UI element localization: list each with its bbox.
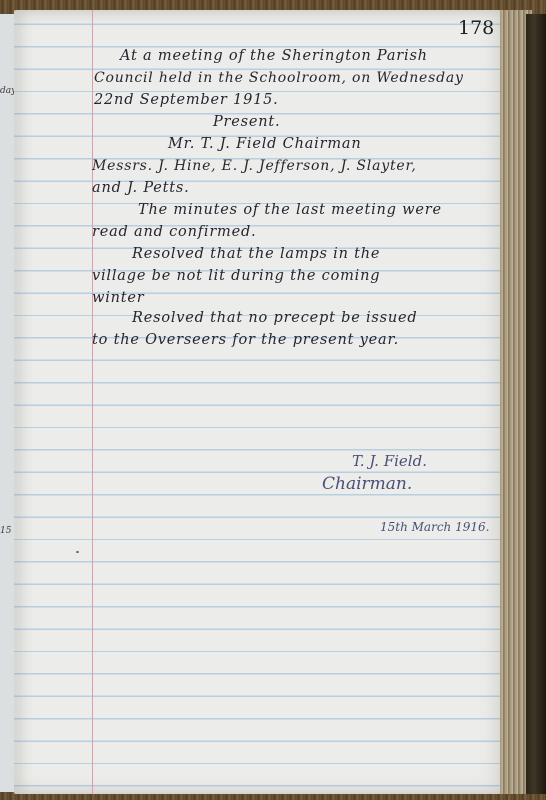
resolution-text: to the Overseers for the present year. [92, 332, 399, 348]
minutes-paragraph: The minutes of the last meeting were [138, 202, 442, 218]
minutes-line: At a meeting of the Sherington Parish [120, 48, 428, 64]
minutes-line: Council held in the Schoolroom, on Wedne… [94, 70, 464, 86]
minutes-line: 22nd September 1915. [94, 92, 279, 108]
resolution-text: village be not lit during the coming [92, 268, 380, 284]
members-line: and J. Petts. [92, 180, 190, 196]
resolution-text: winter [92, 290, 145, 306]
chairman-line: Mr. T. J. Field Chairman [168, 136, 361, 152]
signature-title: Chairman. [322, 474, 412, 494]
resolution-text: Resolved that the lamps in the [132, 246, 380, 262]
left-page-fragment: 15 [0, 526, 11, 536]
minutes-paragraph: read and confirmed. [92, 224, 256, 240]
signature-name: T. J. Field. [352, 452, 427, 470]
members-line: Messrs. J. Hine, E. J. Jefferson, J. Sla… [92, 158, 417, 174]
book-cover-edge [526, 14, 546, 794]
page-number: 178 [458, 17, 494, 39]
resolution-text: Resolved that no precept be issued [132, 310, 418, 326]
present-heading: Present. [213, 114, 280, 130]
red-margin-line [92, 10, 93, 794]
signature-date: 15th March 1916. [380, 520, 489, 534]
ink-mark [76, 551, 79, 553]
